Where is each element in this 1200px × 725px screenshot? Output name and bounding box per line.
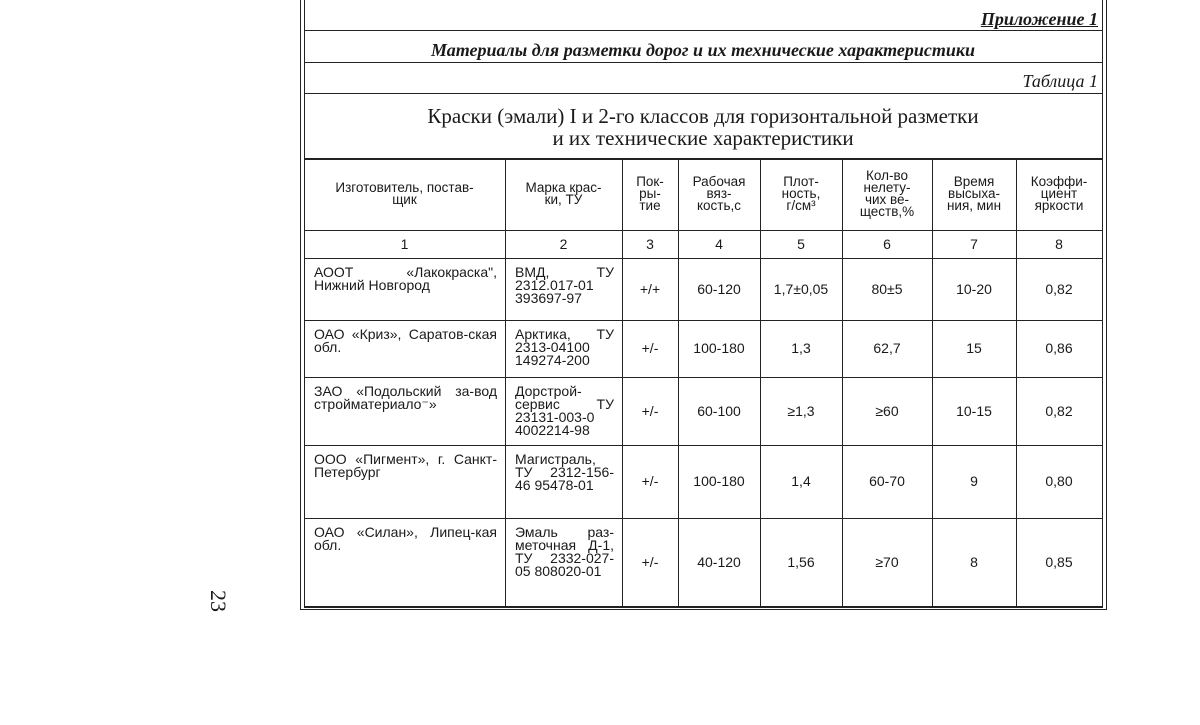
- value-cell: 100-180: [678, 320, 760, 377]
- border-right-outer: [1106, 0, 1107, 610]
- value-cell: 0,82: [1016, 258, 1102, 320]
- value-cell: +/-: [622, 518, 678, 606]
- manufacturer-cell: ОАО «Силан», Липец-кая обл.: [304, 518, 505, 606]
- value-cell: 1,3: [760, 320, 842, 377]
- value-cell: 0,85: [1016, 518, 1102, 606]
- column-header: Изготовитель, постав- щик: [304, 158, 505, 230]
- value-cell: +/-: [622, 445, 678, 518]
- manufacturer-cell: АООТ «Лакокраска", Нижний Новгород: [304, 258, 505, 320]
- value-cell: 80±5: [842, 258, 932, 320]
- column-header: Плот- ность, г/см³: [760, 158, 842, 230]
- border-right-inner: [1102, 0, 1103, 608]
- column-number: 8: [1016, 230, 1102, 258]
- column-header: Пок- ры- тие: [622, 158, 678, 230]
- column-number: 5: [760, 230, 842, 258]
- column-number: 6: [842, 230, 932, 258]
- value-cell: ≥60: [842, 377, 932, 445]
- brand-cell: Магистраль, ТУ 2312-156-46 95478-01: [505, 445, 622, 518]
- column-number: 1: [304, 230, 505, 258]
- border-bottom-outer: [300, 609, 1107, 610]
- manufacturer-cell: ЗАО «Подольский за-вод стройматериало⁻»: [304, 377, 505, 445]
- brand-cell: Дорстрой-сервис ТУ 23131-003-0 4002214-9…: [505, 377, 622, 445]
- border-left-outer: [300, 0, 301, 610]
- value-cell: 60-120: [678, 258, 760, 320]
- column-header: Время высыха- ния, мин: [932, 158, 1016, 230]
- value-cell: 9: [932, 445, 1016, 518]
- table-caption: Краски (эмали) I и 2-го классов для гори…: [300, 105, 1106, 149]
- section-title: Материалы для разметки дорог и их технич…: [300, 40, 1106, 61]
- value-cell: ≥70: [842, 518, 932, 606]
- value-cell: 100-180: [678, 445, 760, 518]
- value-cell: 10-15: [932, 377, 1016, 445]
- table-rule: [304, 606, 1102, 608]
- value-cell: 60-100: [678, 377, 760, 445]
- manufacturer-cell: ООО «Пигмент», г. Санкт-Петербург: [304, 445, 505, 518]
- value-cell: 1,4: [760, 445, 842, 518]
- column-header: Рабочая вяз- кость,с: [678, 158, 760, 230]
- header-rule: [304, 93, 1102, 94]
- page-number: 23: [205, 586, 231, 616]
- value-cell: 10-20: [932, 258, 1016, 320]
- value-cell: ≥1,3: [760, 377, 842, 445]
- column-header: Кол-во нелету- чих ве- ществ,%: [842, 158, 932, 230]
- appendix-label: Приложение 1: [981, 9, 1098, 30]
- manufacturer-cell: ОАО «Криз», Саратов-ская обл.: [304, 320, 505, 377]
- value-cell: 62,7: [842, 320, 932, 377]
- table-caption-line1: Краски (эмали) I и 2-го классов для гори…: [300, 105, 1106, 127]
- value-cell: 0,82: [1016, 377, 1102, 445]
- brand-cell: Эмаль раз-меточная Д-1, ТУ 2332-027-05 8…: [505, 518, 622, 606]
- table-caption-line2: и их технические характеристики: [300, 127, 1106, 149]
- document-frame: Приложение 1 Материалы для разметки доро…: [300, 0, 1106, 610]
- value-cell: 15: [932, 320, 1016, 377]
- column-header: Марка крас- ки, ТУ: [505, 158, 622, 230]
- column-number: 2: [505, 230, 622, 258]
- value-cell: 40-120: [678, 518, 760, 606]
- brand-cell: Арктика, ТУ 2313-04100 149274-200: [505, 320, 622, 377]
- value-cell: 60-70: [842, 445, 932, 518]
- value-cell: 1,56: [760, 518, 842, 606]
- value-cell: 1,7±0,05: [760, 258, 842, 320]
- value-cell: 0,86: [1016, 320, 1102, 377]
- brand-cell: ВМД, ТУ 2312.017-01 393697-97: [505, 258, 622, 320]
- value-cell: +/+: [622, 258, 678, 320]
- table-label: Таблица 1: [1022, 71, 1098, 92]
- column-number: 7: [932, 230, 1016, 258]
- header-rule: [304, 62, 1102, 63]
- value-cell: 8: [932, 518, 1016, 606]
- column-number: 3: [622, 230, 678, 258]
- column-header: Коэффи- циент яркости: [1016, 158, 1102, 230]
- value-cell: 0,80: [1016, 445, 1102, 518]
- value-cell: +/-: [622, 320, 678, 377]
- value-cell: +/-: [622, 377, 678, 445]
- column-number: 4: [678, 230, 760, 258]
- header-rule: [304, 30, 1102, 31]
